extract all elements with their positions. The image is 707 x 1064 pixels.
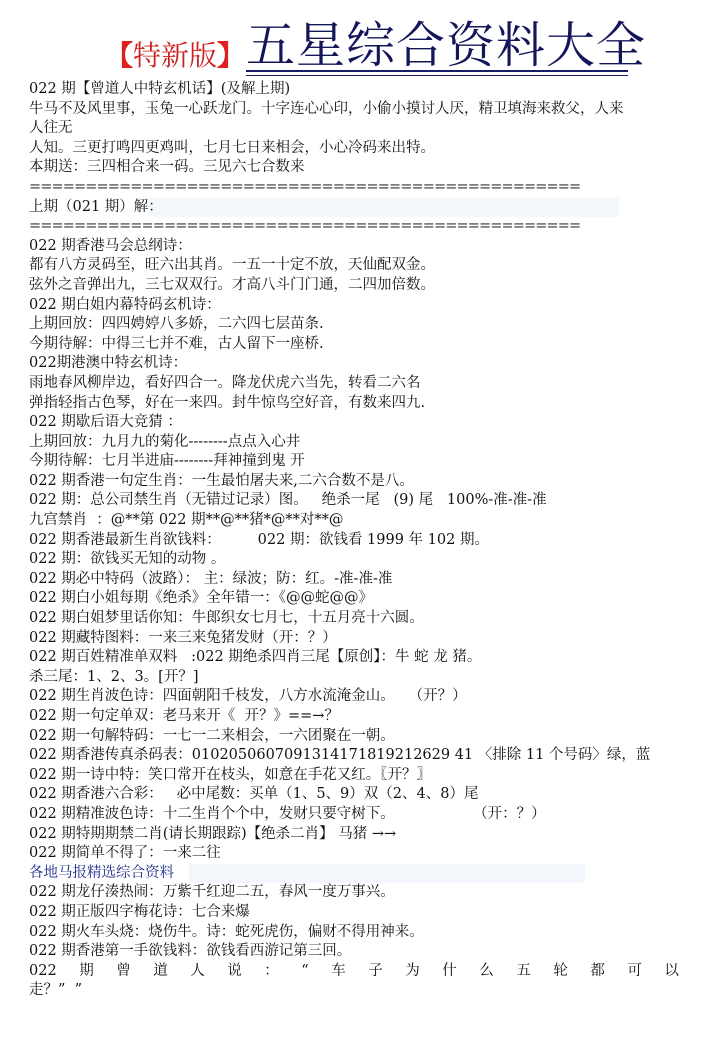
list-item: 022 期必中特码（波路）： 主：绿波；防：红。-准-准-准 (29, 570, 689, 590)
list-item: 022 期特期期禁二肖(请长期跟踪)【绝杀二肖】 马猪 →→ (29, 825, 689, 845)
list-item: 022 期香港马会总纲诗： (29, 237, 689, 257)
intro-line: 牛马不及风里事，玉兔一心跃龙门。十字连心心印，小偷小摸讨人厌，精卫填海来救父，人… (29, 100, 689, 120)
list-item: 022 期：总公司禁生肖（无错过记录）图。 绝杀一尾 (9) 尾 100%-准-… (29, 491, 689, 511)
section-title: 各地马报精选综合资料 (29, 864, 689, 884)
list-item: 九宫禁肖 ：@**第 022 期**@**猪*@**对**@ (29, 511, 689, 531)
justified-line-continuation: 走？” ” (29, 981, 689, 1001)
title-underline-divider (246, 70, 628, 76)
list-item: 022 期香港最新生肖欲钱料： 022 期：欲钱看 1999 年 102 期。 (29, 531, 689, 551)
list-item: 022 期香港六合彩： 必中尾数：买单（1、5、9）双（2、4、8）尾 (29, 785, 689, 805)
list-item: 今期待解：中得三七并不难，古人留下一座桥. (29, 335, 689, 355)
edition-tag-text: 特新版 (133, 39, 217, 72)
list-item: 022 期简单不得了：一来二往 (29, 844, 689, 864)
list-item: 上期回放：四四娉婷八多娇，二六四七层苗条. (29, 315, 689, 335)
list-item: 022 期一句解特码：一七一二来相会，一六团聚在一朝。 (29, 727, 689, 747)
document-body: 022 期【曾道人中特玄机话】(及解上期) 牛马不及风里事，玉兔一心跃龙门。十字… (29, 80, 689, 1001)
separator-divider: ========================================… (29, 178, 581, 198)
list-item: 022 期正版四字梅花诗：七合来爆 (29, 903, 689, 923)
list-item: 上期回放：九月九的菊化--------点点入心井 (29, 433, 689, 453)
list-item: 弦外之音弹出九，三七双双行。才高八斗门门通，二四加倍数。 (29, 276, 689, 296)
list-item: 022 期百姓精准单双料 :022 期绝杀四肖三尾【原创】：牛 蛇 龙 猪。 (29, 648, 689, 668)
list-item: 022 期：欲钱买无知的动物 。 (29, 550, 689, 570)
separator-divider: ========================================… (29, 217, 581, 237)
list-item: 022 期白姐梦里话你知：牛郎织女七月七，十五月亮十六圆。 (29, 609, 689, 629)
intro-line: 人往无 (29, 119, 689, 139)
list-item: 022 期歇后语大竞猜 ： (29, 413, 689, 433)
intro-line: 人知。三更打鸣四更鸡叫，七月七日来相会，小心冷码来出特。 (29, 139, 689, 159)
list-item: 022 期一诗中特：笑口常开在枝头，如意在手花又红。〖开？〗 (29, 766, 689, 786)
intro-heading: 022 期【曾道人中特玄机话】(及解上期) (29, 80, 689, 100)
list-item: 022 期白小姐每期《绝杀》全年错一：《@@蛇@@》 (29, 589, 689, 609)
list-item: 都有八方灵码至，旺六出其肖。一五一十定不放，天仙配双金。 (29, 256, 689, 276)
list-item: 022期港澳中特玄机诗： (29, 354, 689, 374)
list-item: 022 期生肖波色诗：四面朝阳千枝发，八方水流淹金山。 （开？） (29, 687, 689, 707)
list-item: 022 期精准波色诗：十二生肖个个中，发财只要守树下。 （开：？） (29, 805, 689, 825)
page-header: 【特新版】 五星综合资料大全 (0, 0, 707, 80)
list-item: 022 期龙仔湊热闹：万紫千红迎二五，春风一度万事兴。 (29, 883, 689, 903)
list-item: 022 期白姐内幕特码玄机诗： (29, 296, 689, 316)
justified-line: 022 期 曾 道 人 说 ： “ 车 子 为 什 么 五 轮 都 可 以 (29, 962, 679, 982)
intro-line: 本期送：三四相合来一码。三见六七合数来 (29, 158, 689, 178)
edition-tag: 【特新版】 (105, 34, 245, 74)
list-item: 022 期香港传真杀码表：010205060709131417181921262… (29, 746, 689, 766)
list-item: 杀三尾：1、2、3。[开？] (29, 668, 689, 688)
list-item: 022 期火车头烧：烧伤牛。诗：蛇死虎伤，偏财不得用神来。 (29, 923, 689, 943)
list-item: 022 期香港一句定生肖：一生最怕屠夫来,二六合数不是八。 (29, 472, 689, 492)
list-item: 022 期藏特图料：一来三来兔猪发财（开：？） (29, 629, 689, 649)
page-title: 五星综合资料大全 (246, 18, 646, 74)
list-item: 弹指轻指古色琴，好在一来四。封牛惊鸟空好音，有数来四九. (29, 394, 689, 414)
previous-period-label: 上期（021 期）解： (29, 198, 689, 218)
list-item: 雨地春风柳岸边，看好四合一。降龙伏虎六当先，转看二六名 (29, 374, 689, 394)
list-item: 022 期一句定单双：老马来开《 开？》==→？ (29, 707, 689, 727)
list-item: 今期待解：七月半进庙--------拜神撞到鬼 开 (29, 452, 689, 472)
list-item: 022 期香港第一手欲钱料：欲钱看西游记第三回。 (29, 942, 689, 962)
